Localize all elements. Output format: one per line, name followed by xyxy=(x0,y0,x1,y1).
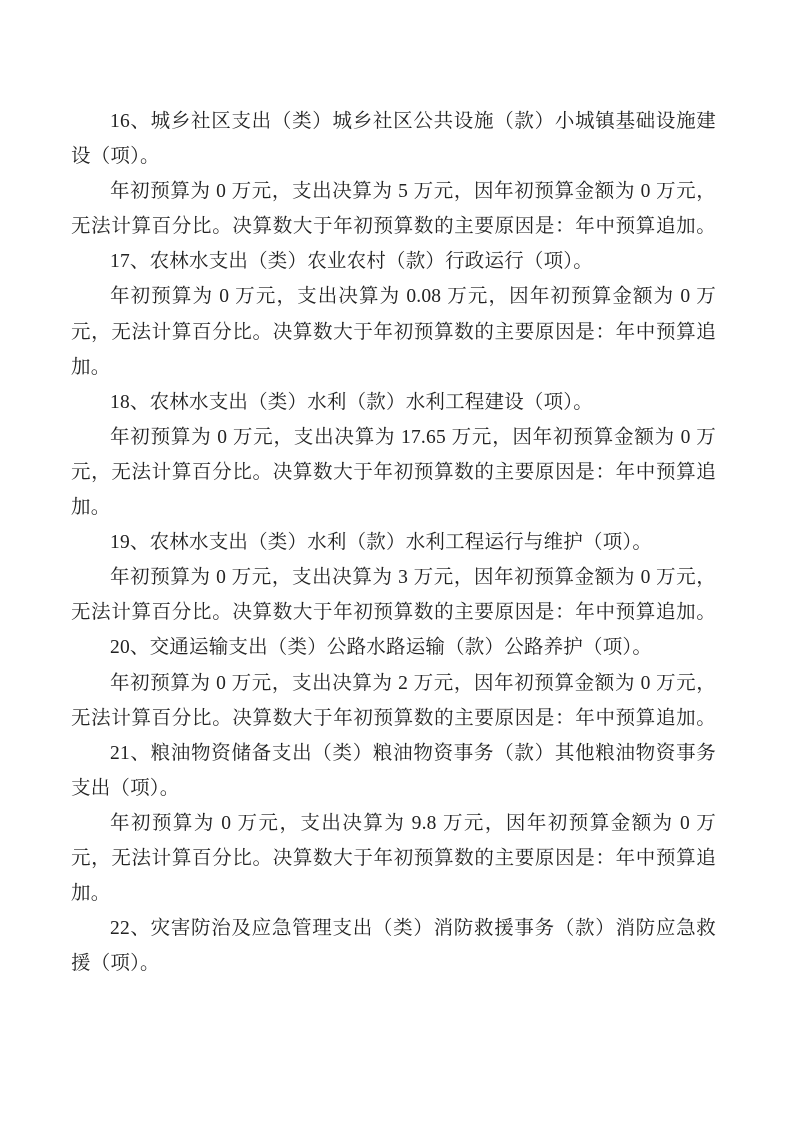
text-line: 加。 xyxy=(71,350,716,385)
text-line: 元，无法计算百分比。决算数大于年初预算数的主要原因是：年中预算追 xyxy=(71,315,716,350)
item-heading-paragraph: 17、农林水支出（类）农业农村（款）行政运行（项）。 xyxy=(71,244,716,279)
text-line: 年初预算为 0 万元，支出决算为 0.08 万元，因年初预算金额为 0 万 xyxy=(71,279,716,314)
text-line: 年初预算为 0 万元，支出决算为 5 万元，因年初预算金额为 0 万元， xyxy=(71,174,716,209)
text-line: 21、粮油物资储备支出（类）粮油物资事务（款）其他粮油物资事务 xyxy=(71,736,716,771)
text-line: 援（项）。 xyxy=(71,946,716,981)
text-line: 无法计算百分比。决算数大于年初预算数的主要原因是：年中预算追加。 xyxy=(71,701,716,736)
text-line: 年初预算为 0 万元，支出决算为 3 万元，因年初预算金额为 0 万元， xyxy=(71,560,716,595)
text-line: 16、城乡社区支出（类）城乡社区公共设施（款）小城镇基础设施建 xyxy=(71,104,716,139)
item-heading-paragraph: 22、灾害防治及应急管理支出（类）消防救援事务（款）消防应急救援（项）。 xyxy=(71,911,716,981)
text-line: 无法计算百分比。决算数大于年初预算数的主要原因是：年中预算追加。 xyxy=(71,209,716,244)
text-line: 19、农林水支出（类）水利（款）水利工程运行与维护（项）。 xyxy=(71,525,716,560)
text-line: 年初预算为 0 万元，支出决算为 9.8 万元，因年初预算金额为 0 万 xyxy=(71,806,716,841)
text-line: 元，无法计算百分比。决算数大于年初预算数的主要原因是：年中预算追 xyxy=(71,841,716,876)
body-paragraph: 年初预算为 0 万元，支出决算为 3 万元，因年初预算金额为 0 万元，无法计算… xyxy=(71,560,716,630)
text-line: 元，无法计算百分比。决算数大于年初预算数的主要原因是：年中预算追 xyxy=(71,455,716,490)
item-heading-paragraph: 18、农林水支出（类）水利（款）水利工程建设（项）。 xyxy=(71,385,716,420)
body-paragraph: 年初预算为 0 万元，支出决算为 5 万元，因年初预算金额为 0 万元，无法计算… xyxy=(71,174,716,244)
text-line: 年初预算为 0 万元，支出决算为 2 万元，因年初预算金额为 0 万元， xyxy=(71,666,716,701)
text-line: 20、交通运输支出（类）公路水路运输（款）公路养护（项）。 xyxy=(71,630,716,665)
text-line: 加。 xyxy=(71,490,716,525)
text-line: 无法计算百分比。决算数大于年初预算数的主要原因是：年中预算追加。 xyxy=(71,595,716,630)
text-line: 17、农林水支出（类）农业农村（款）行政运行（项）。 xyxy=(71,244,716,279)
text-line: 22、灾害防治及应急管理支出（类）消防救援事务（款）消防应急救 xyxy=(71,911,716,946)
text-line: 设（项）。 xyxy=(71,139,716,174)
document-page: 16、城乡社区支出（类）城乡社区公共设施（款）小城镇基础设施建设（项）。年初预算… xyxy=(0,0,793,1122)
item-heading-paragraph: 19、农林水支出（类）水利（款）水利工程运行与维护（项）。 xyxy=(71,525,716,560)
body-paragraph: 年初预算为 0 万元，支出决算为 9.8 万元，因年初预算金额为 0 万元，无法… xyxy=(71,806,716,911)
text-line: 加。 xyxy=(71,876,716,911)
body-paragraph: 年初预算为 0 万元，支出决算为 17.65 万元，因年初预算金额为 0 万元，… xyxy=(71,420,716,525)
text-line: 18、农林水支出（类）水利（款）水利工程建设（项）。 xyxy=(71,385,716,420)
text-line: 年初预算为 0 万元，支出决算为 17.65 万元，因年初预算金额为 0 万 xyxy=(71,420,716,455)
item-heading-paragraph: 21、粮油物资储备支出（类）粮油物资事务（款）其他粮油物资事务支出（项）。 xyxy=(71,736,716,806)
body-paragraph: 年初预算为 0 万元，支出决算为 0.08 万元，因年初预算金额为 0 万元，无… xyxy=(71,279,716,384)
item-heading-paragraph: 16、城乡社区支出（类）城乡社区公共设施（款）小城镇基础设施建设（项）。 xyxy=(71,104,716,174)
body-paragraph: 年初预算为 0 万元，支出决算为 2 万元，因年初预算金额为 0 万元，无法计算… xyxy=(71,666,716,736)
text-line: 支出（项）。 xyxy=(71,771,716,806)
item-heading-paragraph: 20、交通运输支出（类）公路水路运输（款）公路养护（项）。 xyxy=(71,630,716,665)
